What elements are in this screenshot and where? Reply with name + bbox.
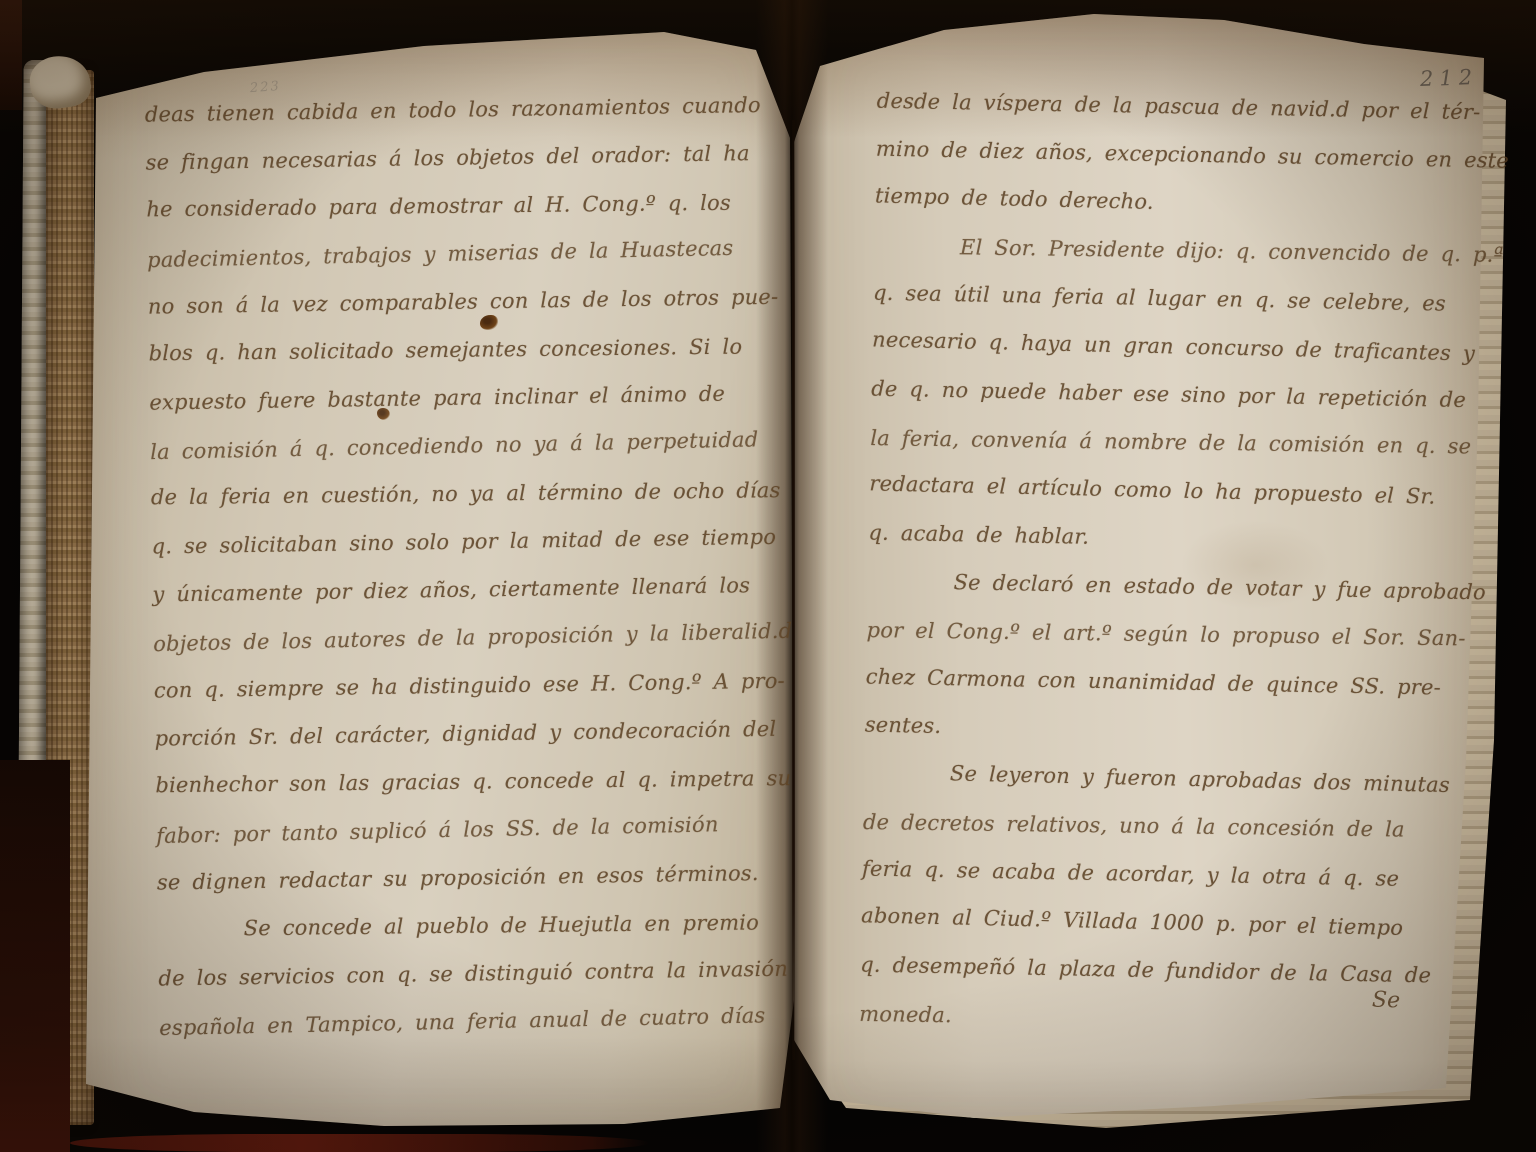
book-cover-edge-left: [0, 760, 70, 1152]
manuscript-line: se dignen redactar su proposición en eso…: [157, 849, 738, 906]
left-page-text: deas tienen cabida en todo los razonamie…: [144, 82, 739, 1051]
ink-blot: [377, 408, 390, 420]
page-number: 212: [1420, 65, 1479, 91]
book-cover-edge-bottom: [70, 1134, 650, 1152]
manuscript-line: moneda.: [859, 990, 1430, 1046]
manuscript-book-photo: deas tienen cabida en todo los razonamie…: [0, 0, 1536, 1152]
catchword: Se: [1372, 988, 1401, 1014]
manuscript-line: se fingan necesarias á los objetos del o…: [145, 129, 726, 186]
show-through-smudge: [1180, 520, 1330, 610]
manuscript-line: Se concede al pueblo de Huejutla en prem…: [157, 899, 738, 954]
manuscript-line: porción Sr. del carácter, dignidad y con…: [154, 705, 735, 762]
gutter-line: [792, 120, 795, 1060]
manuscript-line: de la feria en cuestión, no ya al términ…: [151, 467, 732, 522]
right-page-text: desde la víspera de la pascua de navid.d…: [859, 77, 1447, 1048]
manuscript-line: no son á la vez comparables con las de l…: [148, 273, 729, 330]
pencil-note: 223: [250, 79, 282, 96]
book-cover-edge-top: [0, 0, 22, 110]
manuscript-line: blos q. han solicitado semejantes conces…: [148, 323, 729, 378]
